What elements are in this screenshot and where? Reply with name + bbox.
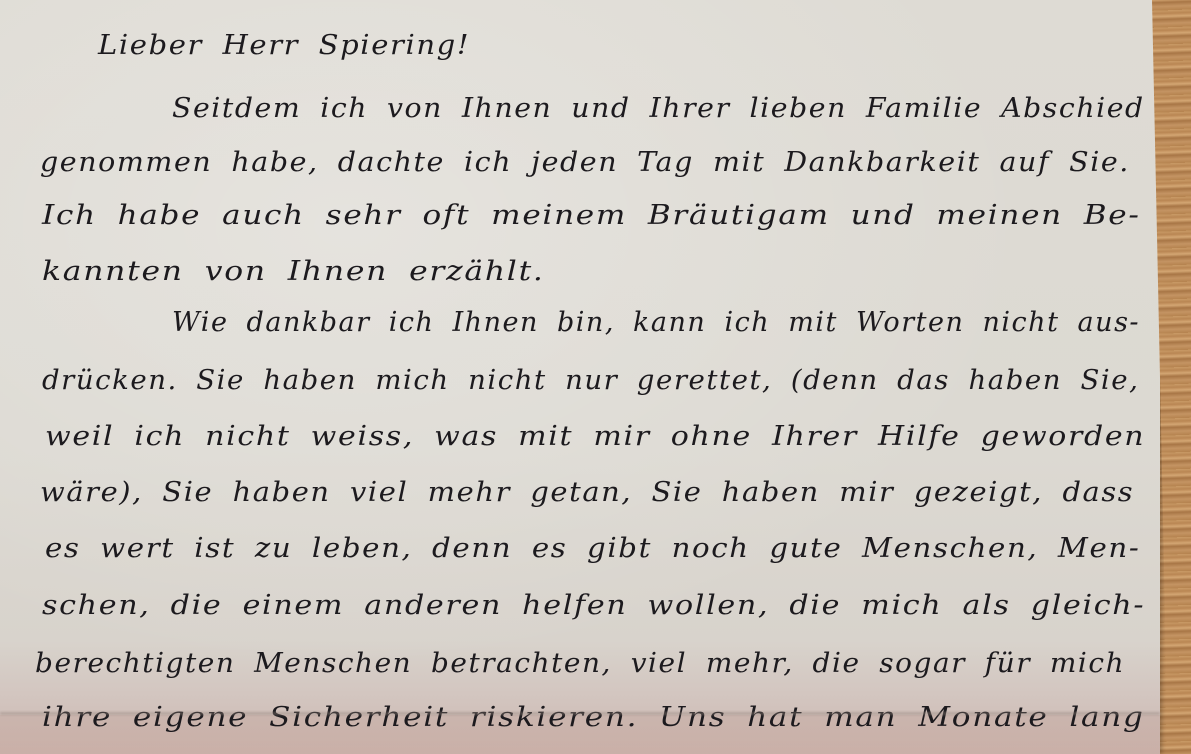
photo-scene: Lieber Herr Spiering! Seitdem ich von Ih… (0, 0, 1191, 754)
letter-line-11: berechtigten Menschen betrachten, viel m… (35, 648, 1125, 679)
letter-line-5: Wie dankbar ich Ihnen bin, kann ich mit … (172, 307, 1140, 338)
letter-line-8: wäre), Sie haben viel mehr getan, Sie ha… (40, 477, 1134, 508)
letter-salutation: Lieber Herr Spiering! (98, 30, 470, 61)
letter-line-7: weil ich nicht weiss, was mit mir ohne I… (45, 421, 1145, 452)
letter-line-6: drücken. Sie haben mich nicht nur gerett… (42, 365, 1139, 396)
letter-line-12: ihre eigene Sicherheit riskieren. Uns ha… (42, 702, 1145, 733)
letter-line-4: kannten von Ihnen erzählt. (42, 256, 545, 287)
letter-line-1: Seitdem ich von Ihnen und Ihrer lieben F… (172, 93, 1145, 124)
letter-paper: Lieber Herr Spiering! Seitdem ich von Ih… (0, 0, 1160, 754)
letter-line-10: schen, die einem anderen helfen wollen, … (42, 590, 1145, 621)
letter-line-9: es wert ist zu leben, denn es gibt noch … (45, 533, 1140, 564)
letter-line-2: genommen habe, dachte ich jeden Tag mit … (40, 147, 1130, 178)
letter-line-3: Ich habe auch sehr oft meinem Bräutigam … (42, 200, 1141, 231)
